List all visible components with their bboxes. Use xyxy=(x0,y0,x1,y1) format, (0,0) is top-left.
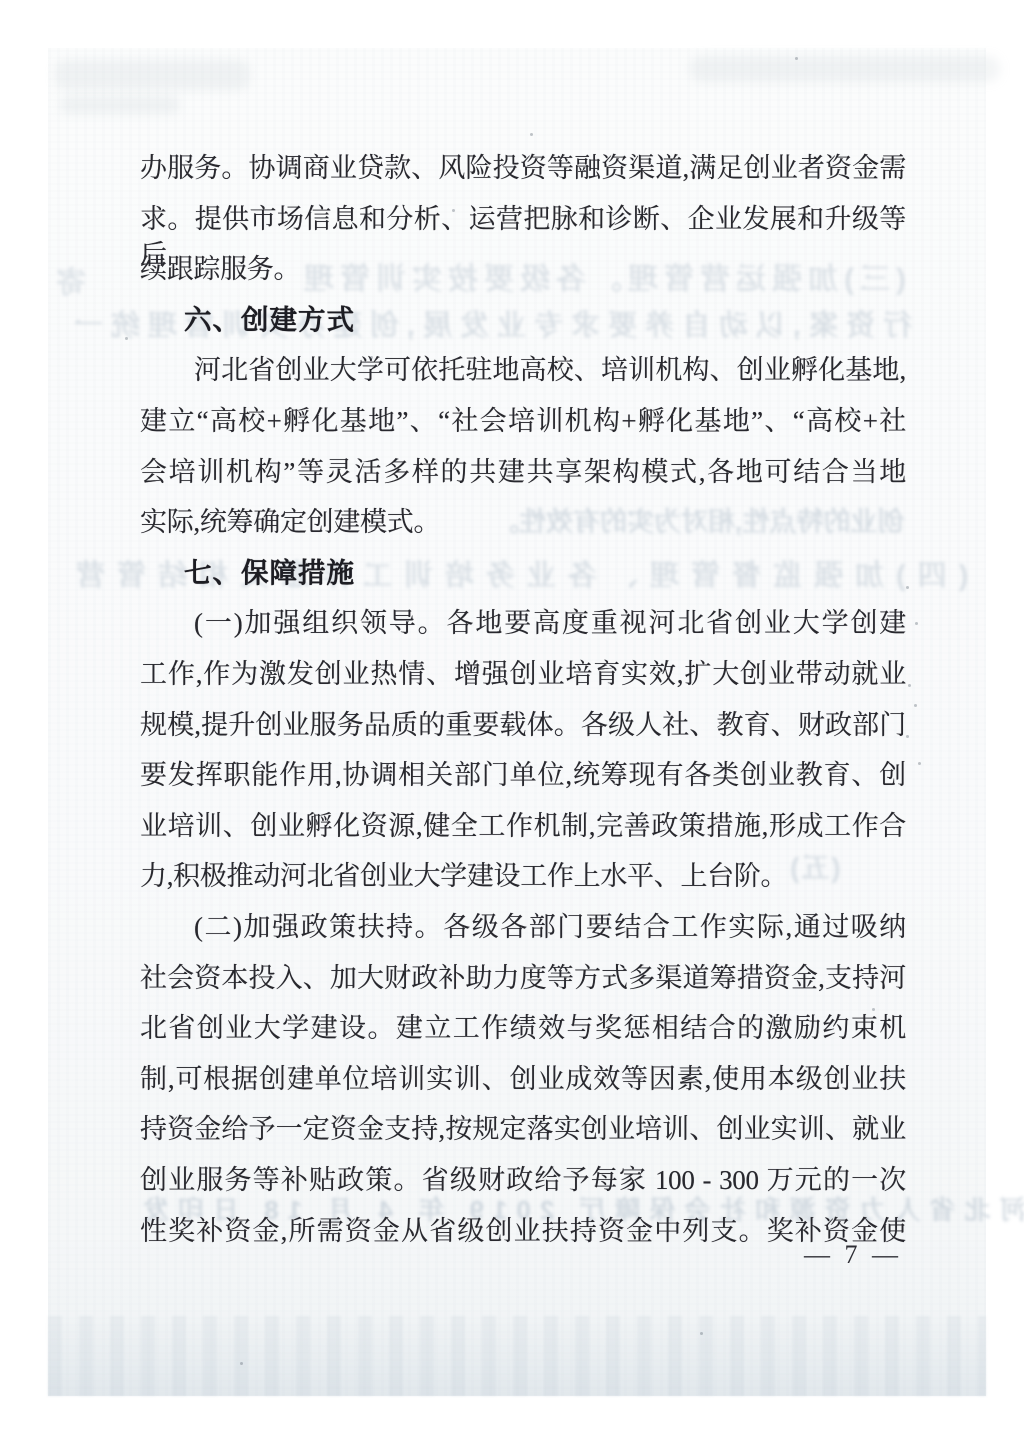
text-line: 办服务。协调商业贷款、风险投资等融资渠道,满足创业者资金需 xyxy=(140,150,906,192)
dust-speck xyxy=(918,762,921,765)
text-line: (二)加强政策扶持。各级各部门要结合工作实际,通过吸纳 xyxy=(140,909,906,951)
text-line: 建立“高校+孵化基地”、“社会培训机构+孵化基地”、“高校+社 xyxy=(140,403,906,445)
dust-speck xyxy=(452,209,455,212)
text-line: 制,可根据创建单位培训实训、创业成效等因素,使用本级创业扶 xyxy=(140,1061,906,1103)
dust-speck xyxy=(872,1008,875,1011)
text-line: 业培训、创业孵化资源,健全工作机制,完善政策措施,形成工作合 xyxy=(140,808,906,850)
section-heading: 七、保障措施 xyxy=(140,555,906,597)
page-number: — 7 — xyxy=(804,1240,902,1270)
text-line: 北省创业大学建设。建立工作绩效与奖惩相结合的激励约束机 xyxy=(140,1010,906,1052)
scan-smudge xyxy=(60,96,180,114)
dust-speck xyxy=(240,1362,243,1365)
text-line: 续跟踪服务。 xyxy=(140,251,906,293)
text-line: 力,积极推动河北省创业大学建设工作上水平、上台阶。 xyxy=(140,858,906,900)
scan-smudge xyxy=(690,56,1000,82)
text-line: 持资金给予一定资金支持,按规定落实创业培训、创业实训、就业 xyxy=(140,1111,906,1153)
scan-shading-band xyxy=(48,1316,986,1396)
text-line: 性奖补资金,所需资金从省级创业扶持资金中列支。奖补资金使 xyxy=(140,1213,906,1255)
dust-speck xyxy=(795,57,798,60)
dust-speck xyxy=(914,704,917,707)
text-line: 求。提供市场信息和分析、运营把脉和诊断、企业发展和升级等后 xyxy=(140,201,906,243)
text-line: 创业服务等补贴政策。省级财政给予每家 100 - 300 万元的一次 xyxy=(140,1162,906,1204)
dust-speck xyxy=(906,735,909,738)
text-line: 实际,统筹确定创建模式。 xyxy=(140,504,906,546)
text-line: 工作,作为激发创业热情、增强创业培育实效,扩大创业带动就业 xyxy=(140,656,906,698)
text-line: 要发挥职能作用,协调相关部门单位,统筹现有各类创业教育、创 xyxy=(140,757,906,799)
text-line: 社会资本投入、加大财政补助力度等方式多渠道筹措资金,支持河 xyxy=(140,960,906,1002)
scanned-document-screenshot: { "page": { "number_label": "— 7 —" }, "… xyxy=(0,0,1024,1448)
scan-smudge xyxy=(55,60,250,90)
dust-speck xyxy=(700,1332,703,1335)
dust-speck xyxy=(906,586,909,589)
dust-speck xyxy=(915,622,918,625)
dust-speck xyxy=(908,684,911,687)
text-line: (一)加强组织领导。各地要高度重视河北省创业大学创建 xyxy=(140,605,906,647)
dust-speck xyxy=(530,133,533,136)
text-line: 规模,提升创业服务品质的重要载体。各级人社、教育、财政部门 xyxy=(140,707,906,749)
dust-speck xyxy=(370,356,373,359)
text-line: 会培训机构”等灵活多样的共建共享架构模式,各地可结合当地 xyxy=(140,454,906,496)
text-line: 河北省创业大学可依托驻地高校、培训机构、创业孵化基地, xyxy=(140,352,906,394)
section-heading: 六、创建方式 xyxy=(140,302,906,344)
dust-speck xyxy=(125,337,128,340)
